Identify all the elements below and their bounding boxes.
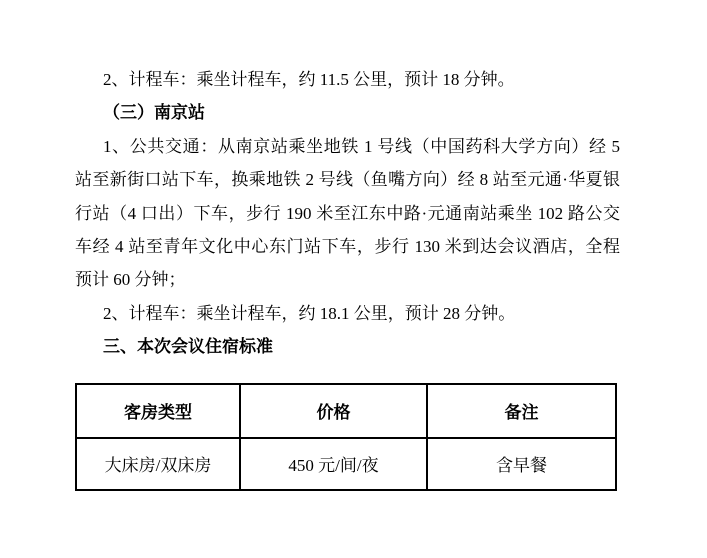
table-cell-room-type: 大床房/双床房 (76, 438, 240, 490)
line-public-transit-4: 车经 4 站至青年文化中心东门站下车，步行 130 米到达会议酒店，全程 (75, 230, 620, 263)
line-public-transit-5: 预计 60 分钟； (75, 263, 620, 296)
line-public-transit-2: 站至新街口站下车，换乘地铁 2 号线（鱼嘴方向）经 8 站至元通·华夏银 (75, 163, 620, 196)
heading-accommodation-standard: 三、本次会议住宿标准 (75, 330, 620, 363)
accommodation-table: 客房类型 价格 备注 大床房/双床房 450 元/间/夜 含早餐 (75, 383, 617, 491)
table-header-row: 客房类型 价格 备注 (76, 384, 616, 438)
heading-nanjing-station: （三）南京站 (75, 96, 620, 129)
line-public-transit-3: 行站（4 口出）下车，步行 190 米至江东中路·元通南站乘坐 102 路公交 (75, 197, 620, 230)
line-taxi-info-previous-station: 2、计程车：乘坐计程车，约 11.5 公里，预计 18 分钟。 (75, 63, 620, 96)
line-public-transit-1: 1、公共交通：从南京站乘坐地铁 1 号线（中国药科大学方向）经 5 (75, 130, 620, 163)
table-header-remarks: 备注 (427, 384, 616, 438)
table-cell-price: 450 元/间/夜 (240, 438, 427, 490)
table-header-room-type: 客房类型 (76, 384, 240, 438)
line-taxi-info-nanjing: 2、计程车：乘坐计程车，约 18.1 公里，预计 28 分钟。 (75, 297, 620, 330)
document-body: 2、计程车：乘坐计程车，约 11.5 公里，预计 18 分钟。 （三）南京站 1… (75, 63, 620, 491)
table-row: 大床房/双床房 450 元/间/夜 含早餐 (76, 438, 616, 490)
table-cell-remarks: 含早餐 (427, 438, 616, 490)
table-header-price: 价格 (240, 384, 427, 438)
